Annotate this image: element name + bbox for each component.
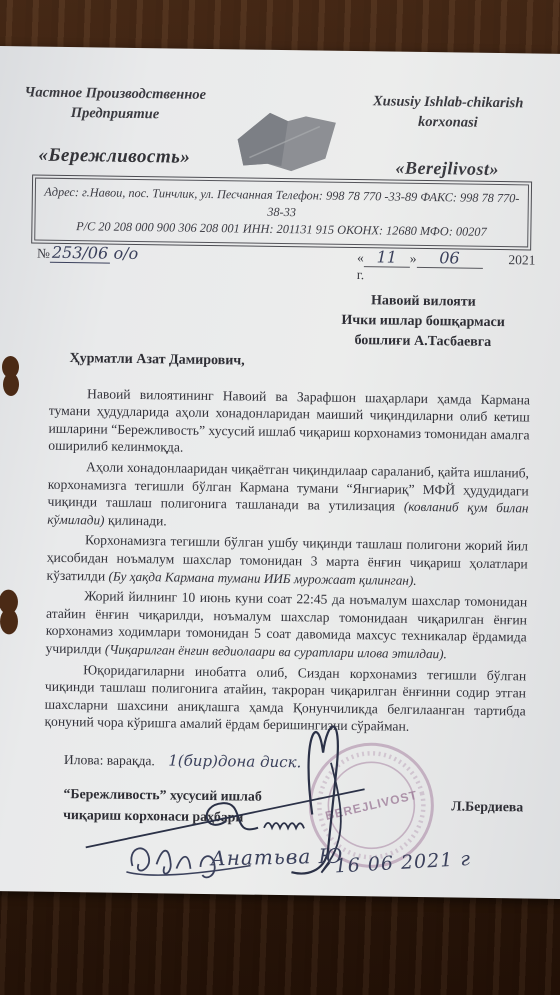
number-suffix-handwritten: о/о [113, 244, 138, 263]
day-handwritten: 11 [364, 247, 410, 268]
address-box: Адрес: г.Навои, пос. Тинчлик, ул. Песчан… [31, 175, 532, 251]
number-value-handwritten: 253/06 [50, 243, 111, 264]
letter-body: Ҳурматли Азат Дамирович, Навоий вилоятин… [44, 350, 530, 741]
photo-wood-table: Частное Производственное Предприятие «Бе… [0, 0, 560, 995]
paragraph-italic-note: (Чиқарилган ёнғин ведиолаари ва суратлар… [105, 641, 447, 661]
signer-name: Л.Бердиева [451, 798, 523, 815]
company-title-ru: «Бережливость» [8, 144, 220, 169]
salutation: Ҳурматли Азат Дамирович, [69, 350, 530, 374]
company-line: Предприятие [9, 102, 221, 125]
letter-paragraph: Навоий вилоятининг Навоий ва Зарафшон ша… [48, 384, 530, 461]
recipient-block: Навоий вилояти Ички ишлар бошқармаси бош… [308, 290, 539, 353]
number-label: № [37, 246, 50, 261]
recipient-line: бошлиғи А.Тасбаевга [308, 330, 538, 353]
letter-date: «11»062021 г. [357, 247, 537, 286]
month-handwritten: 06 [416, 248, 482, 269]
letter-paragraph: Аҳоли хонадонлааридан чиқаётган чиқиндил… [47, 458, 529, 535]
outgoing-number: №253/06 о/о [37, 243, 138, 263]
paragraph-italic-note: (Бу ҳақда Кармана тумани ИИБ мурожаат қи… [108, 568, 416, 587]
paragraph-text: қилинади. [104, 512, 166, 528]
paragraph-text: Навоий вилоятининг Навоий ва Зарафшон ша… [48, 386, 530, 455]
received-by-name-handwritten: Анатьва Ю [210, 844, 343, 871]
company-name-russian: Частное Производственное Предприятие «Бе… [8, 82, 221, 169]
letter-paragraph: Жорий йилнинг 10 июнь куни соат 22:45 да… [45, 587, 527, 664]
punch-hole [0, 590, 19, 635]
letter-paper: Частное Производственное Предприятие «Бе… [0, 46, 560, 899]
company-name-uzbek: Xususiy Ishlab-chikarish korxonasi «Bere… [344, 91, 551, 181]
recipient-line: Ички ишлар бошқармаси [308, 310, 538, 333]
letter-paragraph: Корхонамизга тегишли бўлган ушбу чиқинди… [46, 531, 528, 590]
company-line: korxonasi [345, 111, 551, 134]
company-title-uz: «Berejlivost» [344, 157, 550, 181]
company-line: Xususiy Ishlab-chikarish [345, 91, 551, 114]
company-line: Частное Производственное [9, 82, 221, 105]
punch-hole [2, 356, 20, 396]
company-logo-icon [229, 107, 342, 175]
